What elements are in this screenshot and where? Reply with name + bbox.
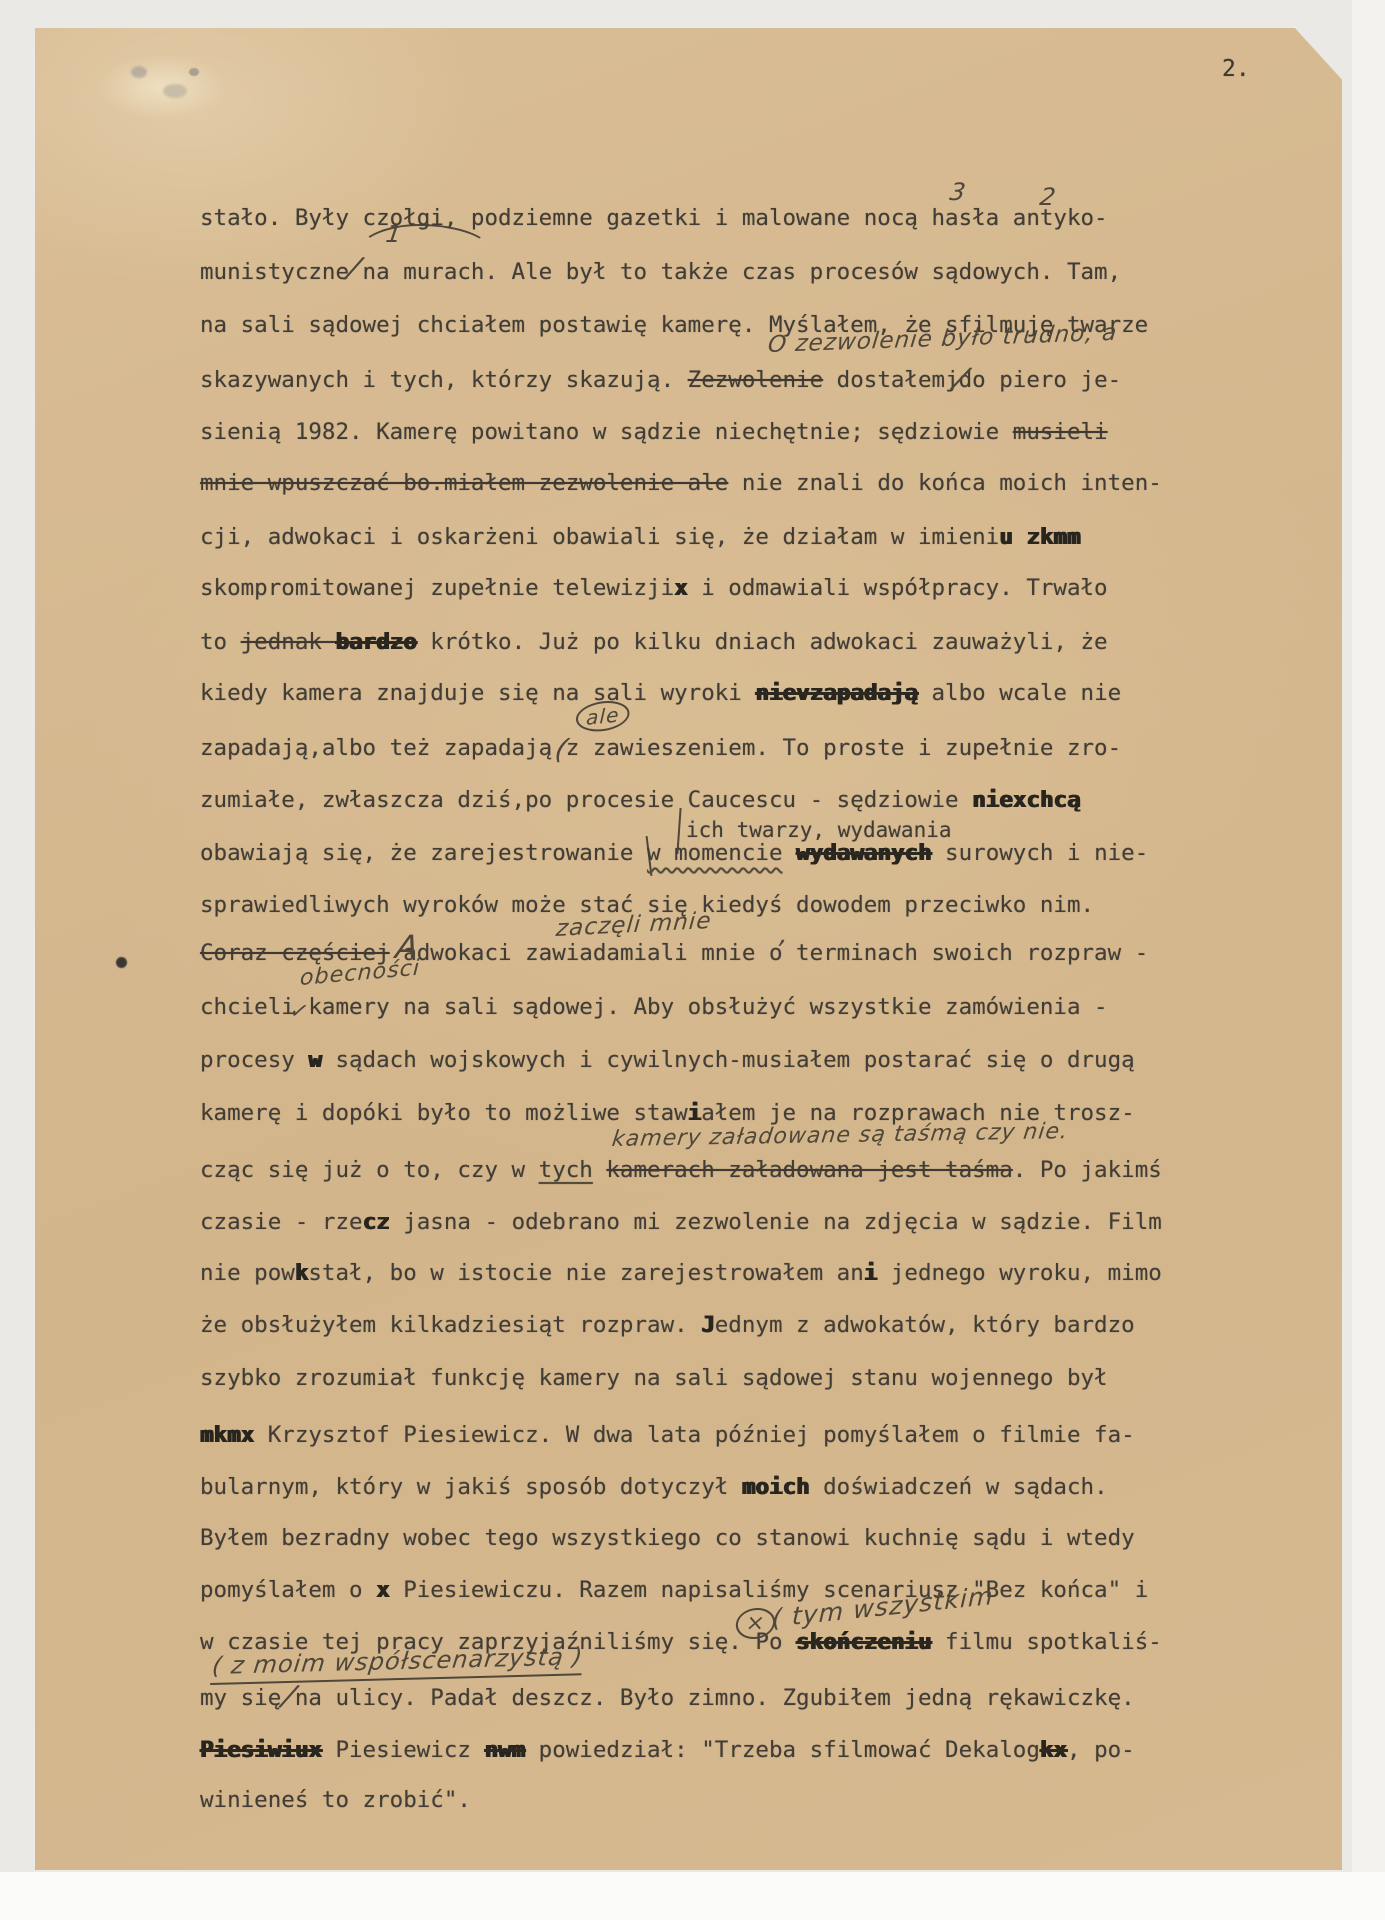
- typed-segment: kamerach załadowana jest taśma: [606, 1157, 1012, 1183]
- typed-segment: jednak: [241, 629, 336, 655]
- typed-line: sienią 1982. Kamerę powitano w sądzie ni…: [200, 416, 1108, 448]
- typed-segment: kamerę i dopóki było to możliwe staw: [200, 1100, 688, 1126]
- typed-segment: musieli: [1013, 419, 1108, 445]
- typed-segment: krótko. Już po kilku dniach adwokaci zau…: [417, 629, 1108, 655]
- typed-segment: i odmawiali współpracy. Trwało: [688, 575, 1108, 601]
- typed-segment: procesy: [200, 1047, 308, 1073]
- typed-line: zapadają,albo też zapadają z zawieszenie…: [200, 732, 1121, 764]
- typed-segment: . Po jakimś: [1013, 1157, 1162, 1183]
- typed-line: procesy w sądach wojskowych i cywilnych-…: [200, 1044, 1135, 1076]
- typed-segment: nie pow: [200, 1260, 295, 1286]
- typed-segment: bardzo: [335, 629, 416, 655]
- typed-segment: i: [688, 1100, 702, 1126]
- typed-segment: x: [674, 575, 688, 601]
- typed-segment: skazywanych i tych, którzy skazują.: [200, 367, 688, 393]
- typed-segment: Piesiewiczu. Razem napisaliśmy scenarius…: [390, 1577, 1149, 1603]
- typed-segment: cji, adwokaci i oskarżeni obawiali się, …: [200, 524, 999, 550]
- typed-segment: że obsłużyłem kilkadziesiąt rozpraw.: [200, 1312, 701, 1338]
- typed-segment: sienią 1982. Kamerę powitano w sądzie ni…: [200, 419, 1013, 445]
- typed-segment: wydawanych: [796, 840, 931, 866]
- typed-segment: skompromitowanej zupełnie telewizji: [200, 575, 674, 601]
- typed-segment: dostałem: [823, 367, 945, 393]
- typed-line: mkmx Krzysztof Piesiewicz. W dwa lata pó…: [200, 1419, 1135, 1451]
- typed-segment: ednym z adwokatów, który bardzo: [715, 1312, 1135, 1338]
- typed-segment: u: [999, 524, 1013, 550]
- typed-line: szybko zrozumiał funkcję kamery na sali …: [200, 1362, 1108, 1394]
- typed-segment: mnie wpuszczać bo.miałem zezwolenie ale: [200, 470, 728, 496]
- typed-line: cji, adwokaci i oskarżeni obawiali się, …: [200, 521, 1081, 553]
- typed-segment: Piesiewicz: [322, 1737, 485, 1763]
- typed-line: kiedy kamera znajduje się na sali wyroki…: [200, 677, 1121, 709]
- typed-segment: [593, 1157, 607, 1183]
- typed-segment: cząc się już o to, czy w: [200, 1157, 539, 1183]
- typed-line: bularnym, który w jakiś sposób dotyczył …: [200, 1471, 1108, 1503]
- typed-segment: w: [308, 1047, 322, 1073]
- typed-segment: nievzapadają: [755, 680, 918, 706]
- typed-segment: doświadczeń w sądach.: [810, 1474, 1108, 1500]
- typed-segment: J: [701, 1312, 715, 1338]
- typed-segment: to: [200, 629, 241, 655]
- typed-segment: kx: [1040, 1737, 1067, 1763]
- typed-segment: i: [864, 1260, 878, 1286]
- typed-line: mnie wpuszczać bo.miałem zezwolenie ale …: [200, 467, 1162, 499]
- typed-segment: stało. Były czołgi, podziemne gazetki i …: [200, 205, 1108, 231]
- typed-segment: moich: [742, 1474, 810, 1500]
- typed-segment: czasie - rze: [200, 1209, 363, 1235]
- typed-segment: zumiałe, zwłaszcza dziś,po procesie Cauc…: [200, 787, 972, 813]
- typed-segment: [783, 840, 797, 866]
- typed-line: nie powkstał, bo w istocie nie zarejestr…: [200, 1257, 1162, 1289]
- typed-line: chcieli kamery na sali sądowej. Aby obsł…: [200, 991, 1108, 1023]
- typed-segment: mkmx: [200, 1422, 254, 1448]
- text-layer: 2. stało. Były czołgi, podziemne gazetki…: [0, 0, 1385, 1920]
- typed-segment: chcieli kamery na sali sądowej. Aby obsł…: [200, 994, 1108, 1020]
- typed-segment: Zezwolenie: [688, 367, 823, 393]
- typed-segment: pomyślałem o: [200, 1577, 376, 1603]
- typed-segment: [1013, 524, 1027, 550]
- typed-segment: kiedy kamera znajduje się na sali wyroki: [200, 680, 755, 706]
- typed-segment: stał, bo w istocie nie zarejestrowałem a…: [308, 1260, 863, 1286]
- typed-line: my się na ulicy. Padał deszcz. Było zimn…: [200, 1682, 1135, 1714]
- typed-segment: powiedział: "Trzeba sfilmować Dekalog: [525, 1737, 1040, 1763]
- typed-line: pomyślałem o x Piesiewiczu. Razem napisa…: [200, 1574, 1148, 1606]
- typed-segment: Piesiwiux: [200, 1737, 322, 1763]
- typed-segment: adwokaci zawiadamiali mnie o terminach s…: [390, 940, 1149, 966]
- typed-segment: munistyczne na murach. Ale był to także …: [200, 259, 1121, 285]
- margin-dot: [116, 957, 127, 968]
- typed-segment: szybko zrozumiał funkcję kamery na sali …: [200, 1365, 1108, 1391]
- typed-segment: surowych i nie-: [932, 840, 1149, 866]
- typed-segment: jasna - odebrano mi zezwolenie na zdjęci…: [390, 1209, 1162, 1235]
- typed-segment: Byłem bezradny wobec tego wszystkiego co…: [200, 1525, 1135, 1551]
- typed-segment: nie znali do końca moich inten-: [728, 470, 1161, 496]
- typed-segment: tych: [539, 1157, 593, 1183]
- typed-segment: do piero je-: [959, 367, 1122, 393]
- typed-segment: jednego wyroku, mimo: [877, 1260, 1161, 1286]
- typed-segment: , po-: [1067, 1737, 1135, 1763]
- typed-line: stało. Były czołgi, podziemne gazetki i …: [200, 202, 1108, 234]
- typed-segment: Krzysztof Piesiewicz. W dwa lata później…: [254, 1422, 1135, 1448]
- typed-segment: albo wcale nie: [918, 680, 1121, 706]
- typed-line: że obsłużyłem kilkadziesiąt rozpraw. Jed…: [200, 1309, 1135, 1341]
- page-number: 2.: [1222, 56, 1250, 82]
- typed-line: Byłem bezradny wobec tego wszystkiego co…: [200, 1522, 1135, 1554]
- typed-segment: winieneś to zrobić".: [200, 1787, 471, 1813]
- typed-segment: niexchcą: [972, 787, 1080, 813]
- typed-segment: skończeniu: [796, 1629, 931, 1655]
- typed-segment: filmu spotkaliś-: [932, 1629, 1162, 1655]
- typed-segment: my się na ulicy. Padał deszcz. Było zimn…: [200, 1685, 1135, 1711]
- typed-segment: obawiają się, że zarejestrowanie: [200, 840, 647, 866]
- typed-segment: bularnym, który w jakiś sposób dotyczył: [200, 1474, 742, 1500]
- typed-line: skazywanych i tych, którzy skazują. Zezw…: [200, 364, 1121, 396]
- typed-segment: zapadają,albo też zapadają z zawieszenie…: [200, 735, 1121, 761]
- typed-segment: sądach wojskowych i cywilnych-musiałem p…: [322, 1047, 1135, 1073]
- typed-line: to jednak bardzo krótko. Już po kilku dn…: [200, 626, 1108, 658]
- typed-line: czasie - rzecz jasna - odebrano mi zezwo…: [200, 1206, 1162, 1238]
- typed-line: cząc się już o to, czy w tych kamerach z…: [200, 1154, 1162, 1186]
- typed-segment: zkmm: [1026, 524, 1080, 550]
- document-scan: 2. stało. Były czołgi, podziemne gazetki…: [0, 0, 1385, 1920]
- typed-segment: x: [376, 1577, 390, 1603]
- typed-line: zumiałe, zwłaszcza dziś,po procesie Cauc…: [200, 784, 1081, 816]
- typed-line: Piesiwiux Piesiewicz nwm powiedział: "Tr…: [200, 1734, 1135, 1766]
- typed-line: winieneś to zrobić".: [200, 1784, 471, 1816]
- typed-segment: k: [295, 1260, 309, 1286]
- typed-segment: cz: [363, 1209, 390, 1235]
- typed-line: skompromitowanej zupełnie telewizjix i o…: [200, 572, 1108, 604]
- typed-line: munistyczne na murach. Ale był to także …: [200, 256, 1121, 288]
- typed-segment: w momencie: [647, 840, 782, 866]
- typed-line: obawiają się, że zarejestrowanie w momen…: [200, 837, 1148, 869]
- typed-segment: nwm: [484, 1737, 525, 1763]
